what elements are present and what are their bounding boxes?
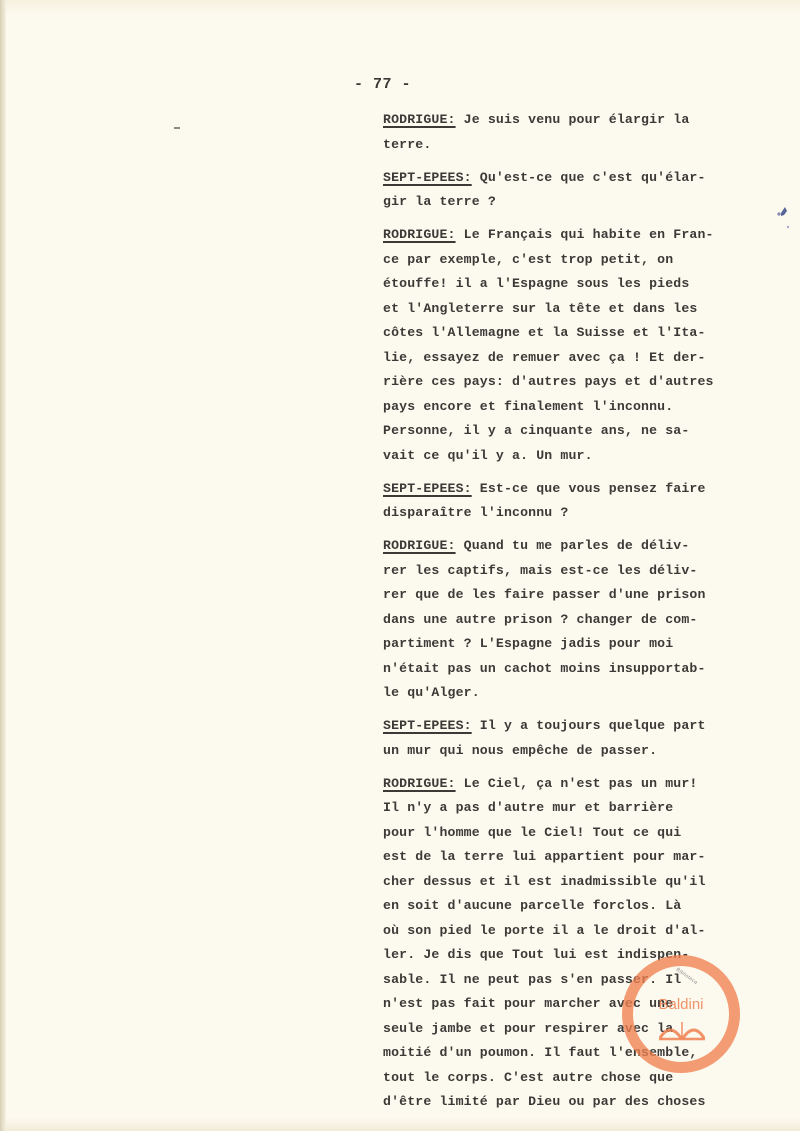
text-line: ler. Je dis que Tout lui est indispen-	[383, 943, 783, 968]
line-text: vait ce qu'il y a. Un mur.	[383, 448, 593, 463]
line-text: disparaître l'inconnu ?	[383, 505, 568, 520]
line-text: où son pied le porte il a le droit d'al-	[383, 923, 706, 938]
text-line: RODRIGUE: Le Ciel, ça n'est pas un mur!	[383, 772, 783, 797]
speech: SEPT-EPEES: Qu'est-ce que c'est qu'élar-…	[383, 166, 783, 215]
text-line: Il n'y a pas d'autre mur et barrière	[383, 796, 783, 821]
speech: RODRIGUE: Je suis venu pour élargir late…	[383, 108, 783, 157]
speech: RODRIGUE: Quand tu me parles de déliv-re…	[383, 534, 783, 706]
text-line: pour l'homme que le Ciel! Tout ce qui	[383, 821, 783, 846]
speaker-name: RODRIGUE:	[383, 227, 456, 242]
text-line: tout le corps. C'est autre chose que	[383, 1066, 783, 1091]
line-text: rer que de les faire passer d'une prison	[383, 587, 706, 602]
line-text: Quand tu me parles de déliv-	[456, 538, 690, 553]
text-line: sable. Il ne peut pas s'en passer. Il	[383, 968, 783, 993]
line-text: Il n'y a pas d'autre mur et barrière	[383, 800, 673, 815]
text-line: vait ce qu'il y a. Un mur.	[383, 444, 783, 469]
speaker-name: RODRIGUE:	[383, 112, 456, 127]
speaker-name: RODRIGUE:	[383, 538, 456, 553]
line-text: en soit d'aucune parcelle forclos. Là	[383, 898, 681, 913]
line-text: seule jambe et pour respirer avec la	[383, 1021, 673, 1036]
line-text: Le Français qui habite en Fran-	[456, 227, 714, 242]
speech: RODRIGUE: Le Français qui habite en Fran…	[383, 223, 783, 468]
text-line: d'être limité par Dieu ou par des choses	[383, 1090, 783, 1115]
line-text: Je suis venu pour élargir la	[456, 112, 690, 127]
text-line: en soit d'aucune parcelle forclos. Là	[383, 894, 783, 919]
text-line: rer les captifs, mais est-ce les déliv-	[383, 559, 783, 584]
text-line: seule jambe et pour respirer avec la	[383, 1017, 783, 1042]
text-line: RODRIGUE: Quand tu me parles de déliv-	[383, 534, 783, 559]
line-text: n'est pas fait pour marcher avec une	[383, 996, 673, 1011]
text-line: n'était pas un cachot moins insupportab-	[383, 657, 783, 682]
text-line: disparaître l'inconnu ?	[383, 501, 783, 526]
line-text: d'être limité par Dieu ou par des choses	[383, 1094, 706, 1109]
text-line: partiment ? L'Espagne jadis pour moi	[383, 632, 783, 657]
text-line: SEPT-EPEES: Qu'est-ce que c'est qu'élar-	[383, 166, 783, 191]
line-text: lie, essayez de remuer avec ça ! Et der-	[383, 350, 706, 365]
line-text: moitié d'un poumon. Il faut l'ensemble,	[383, 1045, 698, 1060]
line-text: n'était pas un cachot moins insupportab-	[383, 661, 706, 676]
line-text: ce par exemple, c'est trop petit, on	[383, 252, 673, 267]
line-text: pays encore et finalement l'inconnu.	[383, 399, 673, 414]
dialogue-text: RODRIGUE: Je suis venu pour élargir late…	[383, 108, 783, 1123]
text-line: où son pied le porte il a le droit d'al-	[383, 919, 783, 944]
speaker-name: SEPT-EPEES:	[383, 481, 472, 496]
text-line: côtes l'Allemagne et la Suisse et l'Ita-	[383, 321, 783, 346]
text-line: gir la terre ?	[383, 190, 783, 215]
speech: SEPT-EPEES: Est-ce que vous pensez faire…	[383, 477, 783, 526]
line-text: un mur qui nous empêche de passer.	[383, 743, 657, 758]
line-text: côtes l'Allemagne et la Suisse et l'Ita-	[383, 325, 706, 340]
text-line: dans une autre prison ? changer de com-	[383, 608, 783, 633]
stray-mark	[174, 127, 180, 129]
text-line: étouffe! il a l'Espagne sous les pieds	[383, 272, 783, 297]
text-line: le qu'Alger.	[383, 681, 783, 706]
text-line: RODRIGUE: Le Français qui habite en Fran…	[383, 223, 783, 248]
text-line: moitié d'un poumon. Il faut l'ensemble,	[383, 1041, 783, 1066]
speech: SEPT-EPEES: Il y a toujours quelque part…	[383, 714, 783, 763]
line-text: ler. Je dis que Tout lui est indispen-	[383, 947, 689, 962]
text-line: SEPT-EPEES: Est-ce que vous pensez faire	[383, 477, 783, 502]
text-line: lie, essayez de remuer avec ça ! Et der-	[383, 346, 783, 371]
line-text: Il y a toujours quelque part	[472, 718, 706, 733]
text-line: rer que de les faire passer d'une prison	[383, 583, 783, 608]
text-line: terre.	[383, 133, 783, 158]
speaker-name: SEPT-EPEES:	[383, 170, 472, 185]
line-text: étouffe! il a l'Espagne sous les pieds	[383, 276, 689, 291]
text-line: un mur qui nous empêche de passer.	[383, 739, 783, 764]
speech: RODRIGUE: Le Ciel, ça n'est pas un mur!I…	[383, 772, 783, 1115]
text-line: SEPT-EPEES: Il y a toujours quelque part	[383, 714, 783, 739]
line-text: rière ces pays: d'autres pays et d'autre…	[383, 374, 714, 389]
speaker-name: SEPT-EPEES:	[383, 718, 472, 733]
text-line: et l'Angleterre sur la tête et dans les	[383, 297, 783, 322]
line-text: Est-ce que vous pensez faire	[472, 481, 706, 496]
typescript-page: - 77 - RODRIGUE: Je suis venu pour élarg…	[0, 0, 800, 1131]
text-line: n'est pas fait pour marcher avec une	[383, 992, 783, 1017]
line-text: Qu'est-ce que c'est qu'élar-	[472, 170, 706, 185]
line-text: gir la terre ?	[383, 194, 496, 209]
text-line: rière ces pays: d'autres pays et d'autre…	[383, 370, 783, 395]
line-text: sable. Il ne peut pas s'en passer. Il	[383, 972, 681, 987]
ink-blot-icon	[775, 205, 791, 233]
line-text: partiment ? L'Espagne jadis pour moi	[383, 636, 673, 651]
text-line: pays encore et finalement l'inconnu.	[383, 395, 783, 420]
line-text: est de la terre lui appartient pour mar-	[383, 849, 706, 864]
text-line: Personne, il y a cinquante ans, ne sa-	[383, 419, 783, 444]
line-text: le qu'Alger.	[383, 685, 480, 700]
line-text: pour l'homme que le Ciel! Tout ce qui	[383, 825, 681, 840]
line-text: Personne, il y a cinquante ans, ne sa-	[383, 423, 689, 438]
text-line: est de la terre lui appartient pour mar-	[383, 845, 783, 870]
line-text: rer les captifs, mais est-ce les déliv-	[383, 563, 698, 578]
line-text: tout le corps. C'est autre chose que	[383, 1070, 673, 1085]
line-text: Le Ciel, ça n'est pas un mur!	[456, 776, 698, 791]
text-line: RODRIGUE: Je suis venu pour élargir la	[383, 108, 783, 133]
line-text: cher dessus et il est inadmissible qu'il	[383, 874, 706, 889]
speaker-name: RODRIGUE:	[383, 776, 456, 791]
text-line: ce par exemple, c'est trop petit, on	[383, 248, 783, 273]
line-text: et l'Angleterre sur la tête et dans les	[383, 301, 698, 316]
line-text: dans une autre prison ? changer de com-	[383, 612, 698, 627]
line-text: terre.	[383, 137, 431, 152]
page-number: - 77 -	[354, 76, 411, 93]
text-line: cher dessus et il est inadmissible qu'il	[383, 870, 783, 895]
